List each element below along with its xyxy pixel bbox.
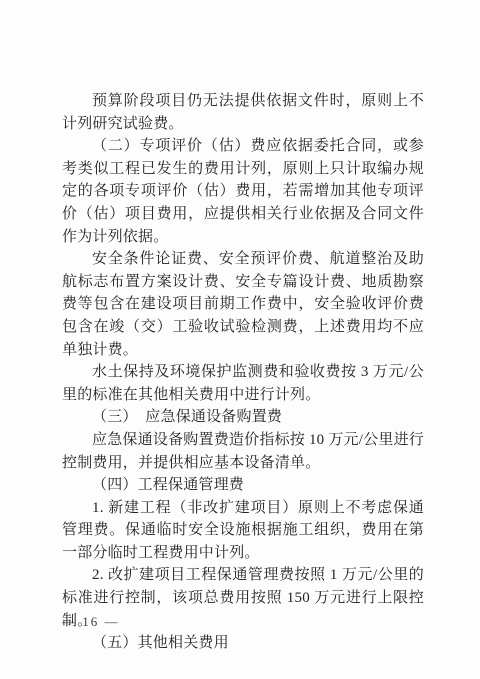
page-footer: — 16 — xyxy=(62,614,120,630)
page-number: — 16 — xyxy=(62,614,120,629)
paragraph-emergency-equipment-fee: 应急保通设备购置费造价指标按 10 万元/公里进行控制费用，并提供相应基本设备清… xyxy=(62,429,424,474)
paragraph-soil-water-env-fee: 水土保持及环境保护监测费和验收费按 3 万元/公里的标准在其他相关费用中进行计列… xyxy=(62,361,424,406)
heading-emergency-equipment-fee: （三） 应急保通设备购置费 xyxy=(62,406,424,429)
paragraph-special-evaluation-fee: （二）专项评价（估）费应依据委托合同，或参考类似工程已发生的费用计列，原则上只计… xyxy=(62,135,424,248)
paragraph-budget-stage: 预算阶段项目仍无法提供依据文件时，原则上不计列研究试验费。 xyxy=(62,90,424,135)
document-page: 预算阶段项目仍无法提供依据文件时，原则上不计列研究试验费。 （二）专项评价（估）… xyxy=(0,0,480,679)
heading-other-related-fees: （五）其他相关费用 xyxy=(62,632,424,655)
heading-traffic-management-fee: （四）工程保通管理费 xyxy=(62,474,424,497)
paragraph-new-construction: 1. 新建工程（非改扩建项目）原则上不考虑保通管理费。保通临时安全设施根据施工组… xyxy=(62,497,424,565)
page-body-text: 预算阶段项目仍无法提供依据文件时，原则上不计列研究试验费。 （二）专项评价（估）… xyxy=(62,90,424,655)
paragraph-safety-fees: 安全条件论证费、安全预评价费、航道整治及助航标志布置方案设计费、安全专篇设计费、… xyxy=(62,248,424,361)
